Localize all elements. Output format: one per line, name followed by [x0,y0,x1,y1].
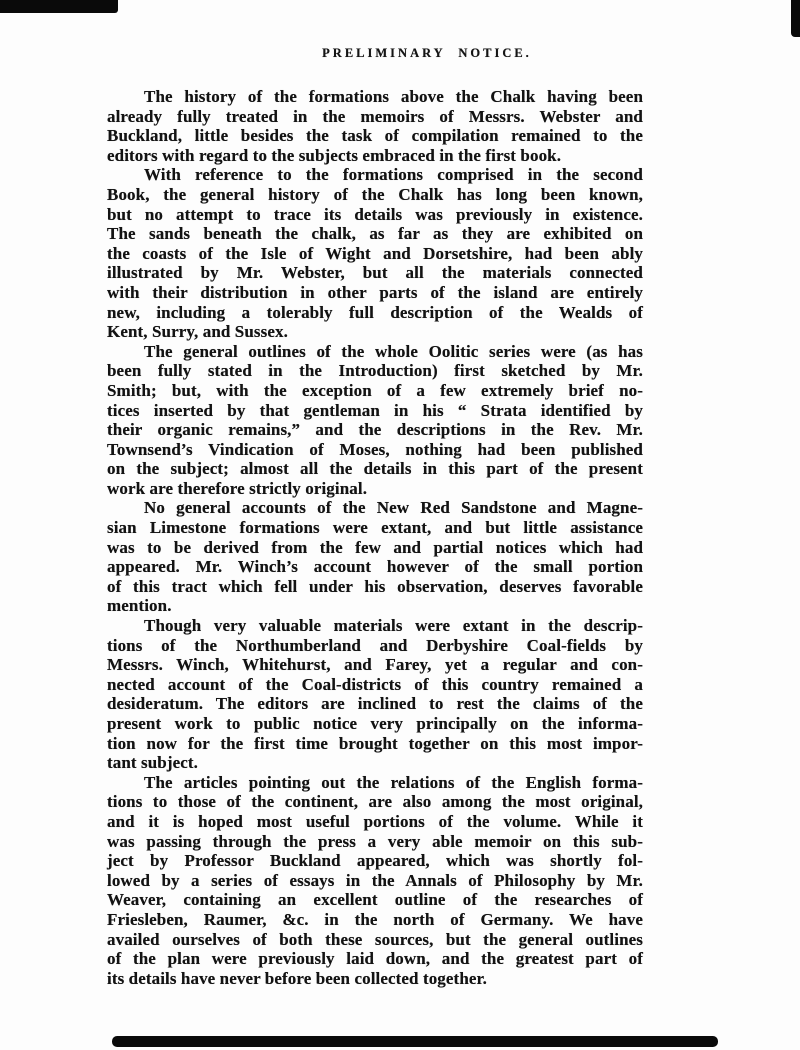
text-line: Weaver, containing an excellent outline … [107,890,643,910]
text-line: desideratum. The editors are inclined to… [107,694,643,714]
paragraph: The articles pointing out the relations … [107,773,643,989]
scan-artifact-right-edge [791,0,800,37]
text-body: The history of the formations above the … [107,87,643,988]
text-line: but no attempt to trace its details was … [107,205,643,225]
text-line: already fully treated in the memoirs of … [107,107,643,127]
text-line: Townsend’s Vindication of Moses, nothing… [107,440,643,460]
text-line: Friesleben, Raumer, &c. in the north of … [107,910,643,930]
scanned-book-page: PRELIMINARY NOTICE. The history of the f… [0,0,800,1050]
text-line: The sands beneath the chalk, as far as t… [107,224,643,244]
text-line: present work to public notice very princ… [107,714,643,734]
text-line: availed ourselves of both these sources,… [107,930,643,950]
text-line: ject by Professor Buckland appeared, whi… [107,851,643,871]
text-line: Messrs. Winch, Whitehurst, and Farey, ye… [107,655,643,675]
paragraph: The history of the formations above the … [107,87,643,165]
text-line: nected account of the Coal-districts of … [107,675,643,695]
text-line: its details have never before been colle… [107,969,643,989]
text-line: The history of the formations above the … [107,87,643,107]
text-line: tant subject. [107,753,643,773]
text-line: mention. [107,596,643,616]
text-line: tion now for the first time brought toge… [107,734,643,754]
text-line: Though very valuable materials were exta… [107,616,643,636]
paragraph: No general accounts of the New Red Sands… [107,498,643,616]
text-line: tices inserted by that gentleman in his … [107,401,643,421]
text-line: appeared. Mr. Winch’s account however of… [107,557,643,577]
text-line: the coasts of the Isle of Wight and Dors… [107,244,643,264]
text-line: editors with regard to the subjects embr… [107,146,643,166]
text-line: tions of the Northumberland and Derbyshi… [107,636,643,656]
text-line: Buckland, little besides the task of com… [107,126,643,146]
text-line: No general accounts of the New Red Sands… [107,498,643,518]
text-line: of the plan were previously laid down, a… [107,949,643,969]
text-line: was passing through the press a very abl… [107,832,643,852]
text-line: The articles pointing out the relations … [107,773,643,793]
paragraph: The general outlines of the whole Ooliti… [107,342,643,499]
text-line: tions to those of the continent, are als… [107,792,643,812]
text-line: The general outlines of the whole Ooliti… [107,342,643,362]
text-line: of this tract which fell under his obser… [107,577,643,597]
text-line: lowed by a series of essays in the Annal… [107,871,643,891]
text-line: on the subject; almost all the details i… [107,459,643,479]
text-line: their organic remains,” and the descript… [107,420,643,440]
text-line: sian Limestone formations were extant, a… [107,518,643,538]
paragraph: With reference to the formations compris… [107,165,643,341]
text-line: with their distribution in other parts o… [107,283,643,303]
text-line: and it is hoped most useful portions of … [107,812,643,832]
scan-artifact-top-left [0,0,118,13]
text-line: Kent, Surry, and Sussex. [107,322,643,342]
text-line: Smith; but, with the exception of a few … [107,381,643,401]
text-line: new, including a tolerably full descript… [107,303,643,323]
text-line: work are therefore strictly original. [107,479,643,499]
text-line: illustrated by Mr. Webster, but all the … [107,263,643,283]
text-line: been fully stated in the Introduction) f… [107,361,643,381]
page-title: PRELIMINARY NOTICE. [107,46,695,61]
scan-artifact-bottom [112,1036,718,1047]
paragraph: Though very valuable materials were exta… [107,616,643,773]
text-line: was to be derived from the few and parti… [107,538,643,558]
text-line: Book, the general history of the Chalk h… [107,185,643,205]
text-line: With reference to the formations compris… [107,165,643,185]
